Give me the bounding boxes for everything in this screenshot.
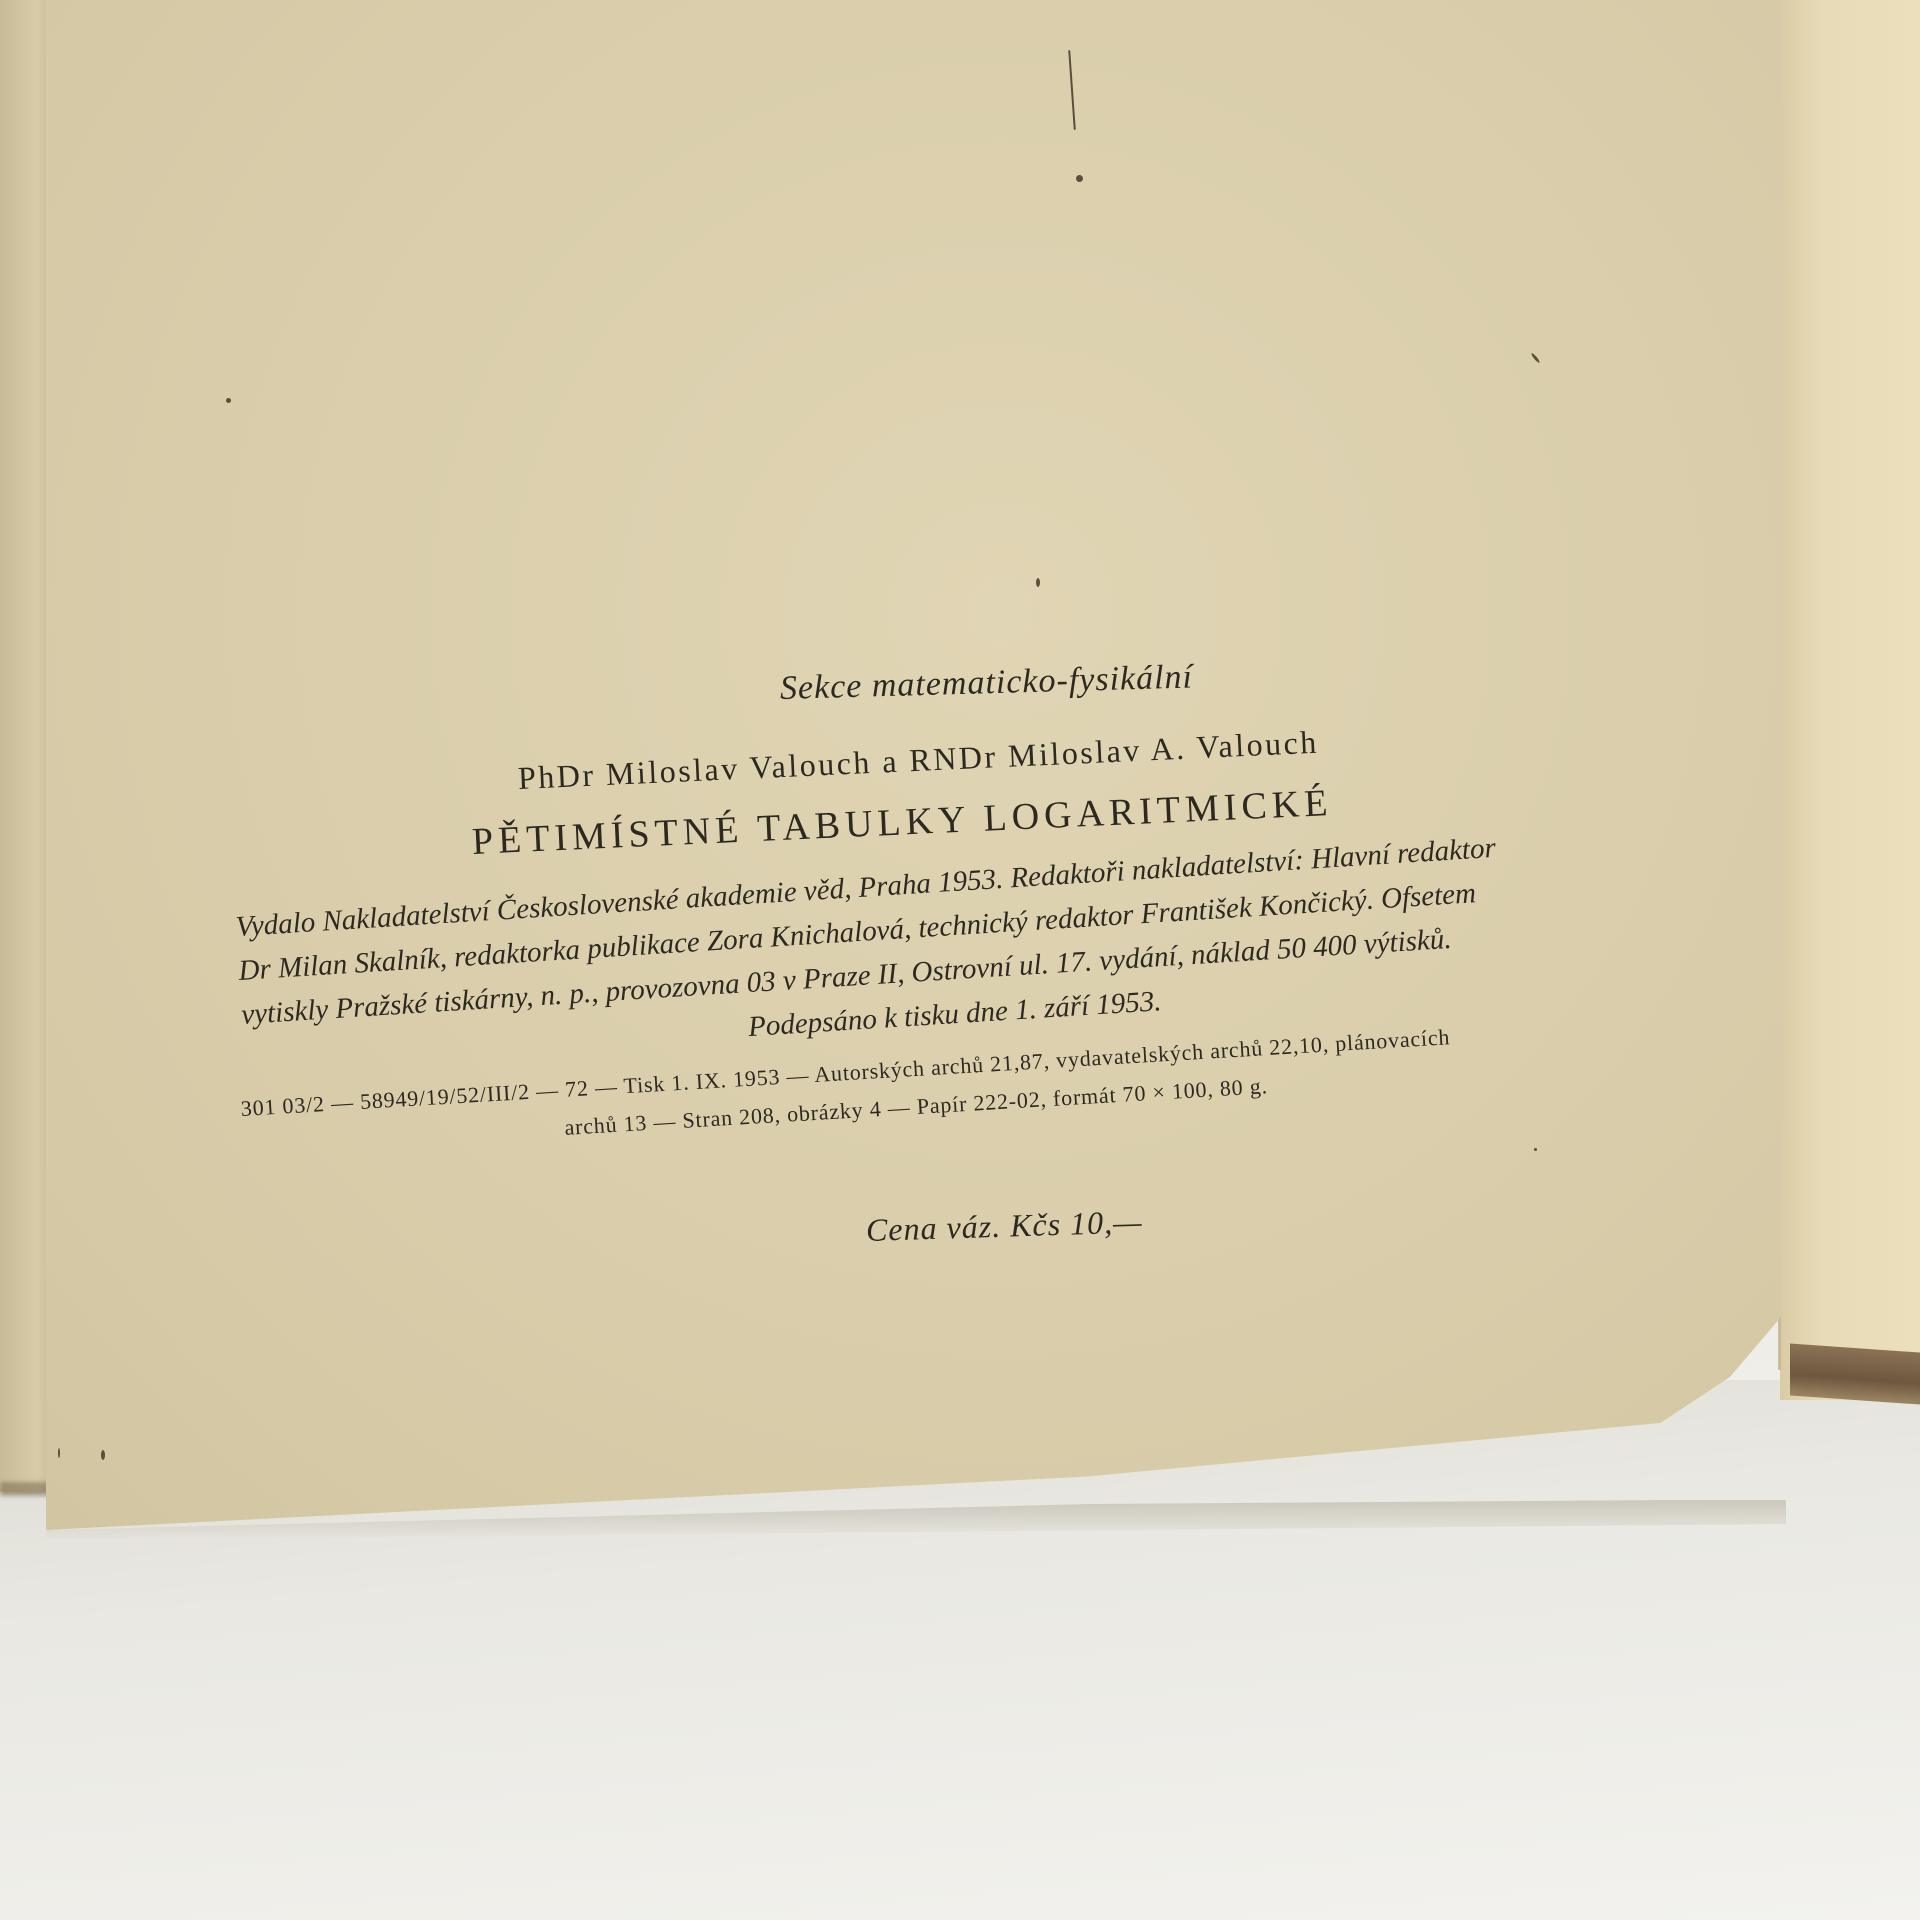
left-page-edge [0,0,46,1492]
paper-fleck [1068,50,1076,130]
right-book-page [1780,0,1920,1400]
paper-fleck [1530,352,1540,363]
paper-fleck [1076,175,1083,182]
paper-fleck [226,398,231,403]
book-cover-edge [1790,1343,1920,1404]
paper-fleck [101,1450,105,1460]
paper-fleck [1534,1148,1537,1151]
paper-fleck [58,1448,60,1458]
paper-fleck [1036,578,1040,587]
